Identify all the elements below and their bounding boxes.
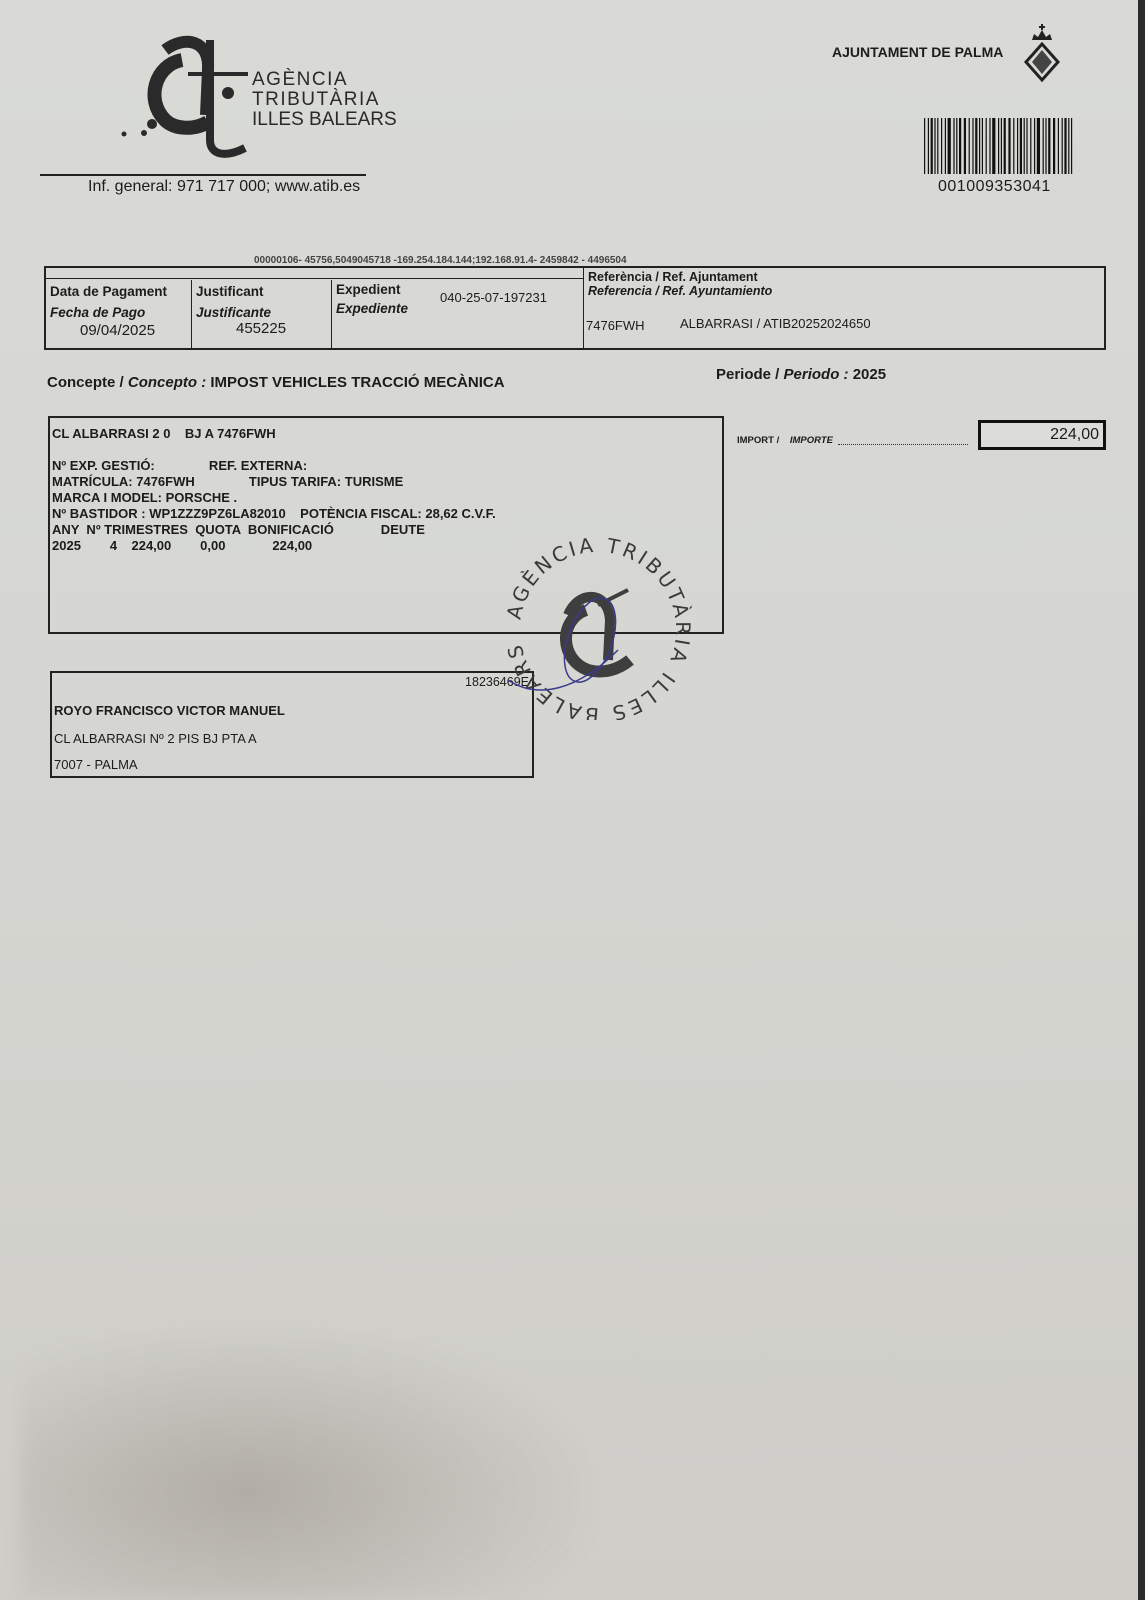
taxpayer-city: 7007 - PALMA [54, 757, 138, 772]
detail-plate: MATRÍCULA: 7476FWH TIPUS TARIFA: TURISME [52, 474, 403, 489]
period-value: 2025 [853, 366, 886, 383]
barcode-number: 001009353041 [938, 178, 1051, 196]
payment-date-label-es: Fecha de Pago [50, 305, 187, 320]
amount-label-es: IMPORTE [790, 435, 833, 446]
divider [40, 174, 366, 176]
detail-address: CL ALBARRASI 2 0 BJ A 7476FWH [52, 426, 276, 441]
amount-dotted-leader [838, 435, 968, 445]
agency-name-line-1: AGÈNCIA [252, 70, 397, 90]
concept-label-es: Concepto : [128, 374, 206, 391]
concept-label-ca: Concepte / [47, 374, 124, 391]
amount-label-ca: IMPORT / [737, 435, 779, 446]
payment-date-cell: Data de Pagament Fecha de Pago 09/04/202… [46, 280, 192, 348]
taxpayer-name: ROYO FRANCISCO VICTOR MANUEL [54, 703, 285, 718]
period-label-ca: Periode / [716, 366, 779, 383]
municipality-name: AJUNTAMENT DE PALMA [832, 44, 1003, 60]
atib-logo-icon [110, 30, 260, 170]
receipt-cell: Justificant Justificante 455225 [192, 280, 332, 348]
amount-value: 224,00 [1050, 426, 1099, 444]
general-info: Inf. general: 971 717 000; www.atib.es [88, 178, 360, 196]
amount-label: IMPORT / IMPORTE [737, 435, 833, 446]
agency-name-line-2: TRIBUTÀRIA [252, 90, 397, 110]
detail-values: 2025 4 224,00 0,00 224,00 [52, 538, 312, 553]
period-label-es: Periodo : [784, 366, 849, 383]
official-stamp-icon: AGÈNCIA TRIBUTÀRIA ILLES BALEARS [498, 530, 698, 720]
concept-value: IMPOST VEHICLES TRACCIÓ MECÀNICA [210, 374, 504, 391]
reference-label-ca: Referència / Ref. Ajuntament [588, 270, 1100, 284]
agency-name: AGÈNCIA TRIBUTÀRIA ILLES BALEARS [252, 70, 397, 130]
file-cell: Expedient Expediente 040-25-07-197231 [332, 268, 584, 348]
concept: Concepte / Concepto : IMPOST VEHICLES TR… [47, 374, 505, 391]
palma-coat-of-arms-icon [1022, 24, 1062, 84]
detail-columns: ANY Nº TRIMESTRES QUOTA BONIFICACIÓ DEUT… [52, 522, 425, 537]
receipt-label-ca: Justificant [196, 284, 327, 299]
file-value: 040-25-07-197231 [440, 290, 547, 305]
barcode-icon [924, 118, 1074, 174]
period: Periode / Periodo : 2025 [716, 366, 886, 383]
detail-model: MARCA I MODEL: PORSCHE . [52, 490, 237, 505]
taxpayer-address: CL ALBARRASI Nº 2 PIS BJ PTA A [54, 731, 257, 746]
reference-cell: Referència / Ref. Ajuntament Referencia … [584, 268, 1104, 336]
detail-chassis: Nº BASTIDOR : WP1ZZZ9PZ6LA82010 POTÈNCIA… [52, 506, 496, 521]
receipt-value: 455225 [236, 320, 327, 337]
payment-date-label-ca: Data de Pagament [50, 284, 187, 299]
taxpayer-box: 18236469E ROYO FRANCISCO VICTOR MANUEL C… [50, 671, 534, 778]
agency-name-line-3: ILLES BALEARS [252, 110, 397, 130]
receipt-label-es: Justificante [196, 305, 327, 320]
reference-label-es: Referencia / Ref. Ayuntamiento [588, 284, 1100, 298]
reference-value: ALBARRASI / ATIB20252024650 [680, 316, 871, 331]
payment-table: Data de Pagament Fecha de Pago 09/04/202… [44, 266, 1106, 350]
svg-text:AGÈNCIA TRIBUTÀRIA ILLES BALEA: AGÈNCIA TRIBUTÀRIA ILLES BALEARS [502, 533, 695, 720]
photo-shadow [20, 1330, 590, 1600]
meta-line: 00000106- 45756,5049045718 -169.254.184.… [254, 255, 627, 266]
amount-box: 224,00 [978, 420, 1106, 450]
detail-exp: Nº EXP. GESTIÓ: REF. EXTERNA: [52, 458, 307, 473]
reference-plate: 7476FWH [586, 318, 645, 333]
payment-date-value: 09/04/2025 [80, 322, 187, 339]
